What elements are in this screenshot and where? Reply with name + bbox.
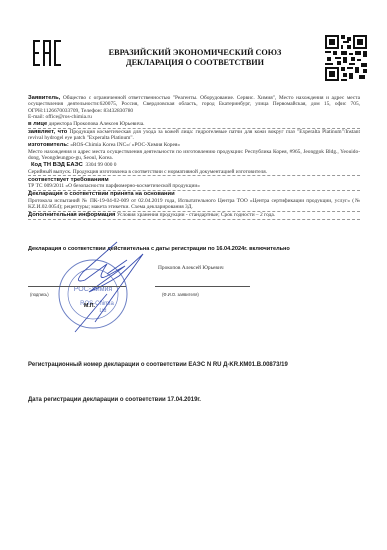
name-line — [155, 286, 250, 287]
declares-text: Продукция косметическая для ухода за кож… — [28, 129, 360, 141]
tnved-value: 3304 99 000 0 — [85, 162, 116, 168]
tnved-label: Код ТН ВЭД ЕАЭС — [31, 162, 83, 168]
union-title: ЕВРАЗИЙСКИЙ ЭКОНОМИЧЕСКИЙ СОЮЗ — [75, 48, 315, 58]
signature-caption: (подпись) — [30, 292, 49, 297]
person-text: директора Прокопова Алексея Юрьевича. — [47, 121, 144, 127]
registration-number: Регистрационный номер декларации о соотв… — [28, 362, 288, 368]
manufacturer-label: изготовитель: — [28, 142, 69, 148]
tnved-section: Код ТН ВЭД ЕАЭС 3304 99 000 0 — [28, 162, 360, 168]
manufacturer-address: Место нахождения и адрес места осуществл… — [28, 149, 360, 162]
declares-label: заявляет, что — [28, 129, 67, 135]
person-label: в лице — [28, 121, 47, 127]
basis-text: Протокола испытаний № ПК-19-04-02-009 от… — [28, 198, 360, 212]
applicant-email: E-mail: office@ros-chimia.ru — [28, 114, 92, 120]
declaration-title: ДЕКЛАРАЦИЯ О СООТВЕТСТВИИ — [75, 58, 315, 68]
additional-label: Дополнительная информация — [28, 212, 115, 218]
conforms-text: ТР ТС 009/2011 «О безопасности парфюмерн… — [28, 183, 360, 191]
declaration-body: Заявитель, Общество с ограниченной ответ… — [28, 95, 360, 220]
person-section: в лице директора Прокопова Алексея Юрьев… — [28, 121, 360, 129]
signature-line — [28, 286, 126, 287]
stamp-place-label: М.П. — [84, 303, 95, 309]
basis-label: Декларация о соответствии принята на осн… — [28, 191, 360, 197]
additional-section: Дополнительная информация Условия хранен… — [28, 212, 360, 220]
conforms-label: соответствует требованиям — [28, 177, 360, 183]
applicant-section: Заявитель, Общество с ограниченной ответ… — [28, 95, 360, 121]
additional-text: Условия хранения продукции - стандартные… — [115, 212, 275, 218]
document-header: ЕВРАЗИЙСКИЙ ЭКОНОМИЧЕСКИЙ СОЮЗ ДЕКЛАРАЦИ… — [75, 48, 315, 68]
serial-text: Серийный выпуск. Продукция изготовлена в… — [28, 169, 360, 177]
name-caption: (Ф.И.О. заявителя) — [162, 292, 199, 297]
signature-icon — [55, 236, 150, 346]
manufacturer-text: «ROS-Chimia Korea INC»/ «РОС-Химия Корея… — [69, 142, 180, 148]
eac-logo-icon — [33, 40, 61, 66]
applicant-text: Общество с ограниченной ответственностью… — [28, 95, 360, 114]
manufacturer-section: изготовитель: «ROS-Chimia Korea INC»/ «Р… — [28, 142, 360, 148]
qr-code-icon — [325, 35, 367, 81]
declares-section: заявляет, что Продукция косметическая дл… — [28, 129, 360, 142]
signatory-name: Прокопов Алексей Юрьевич — [158, 265, 224, 271]
registration-date: Дата регистрации декларации о соответств… — [28, 397, 201, 403]
